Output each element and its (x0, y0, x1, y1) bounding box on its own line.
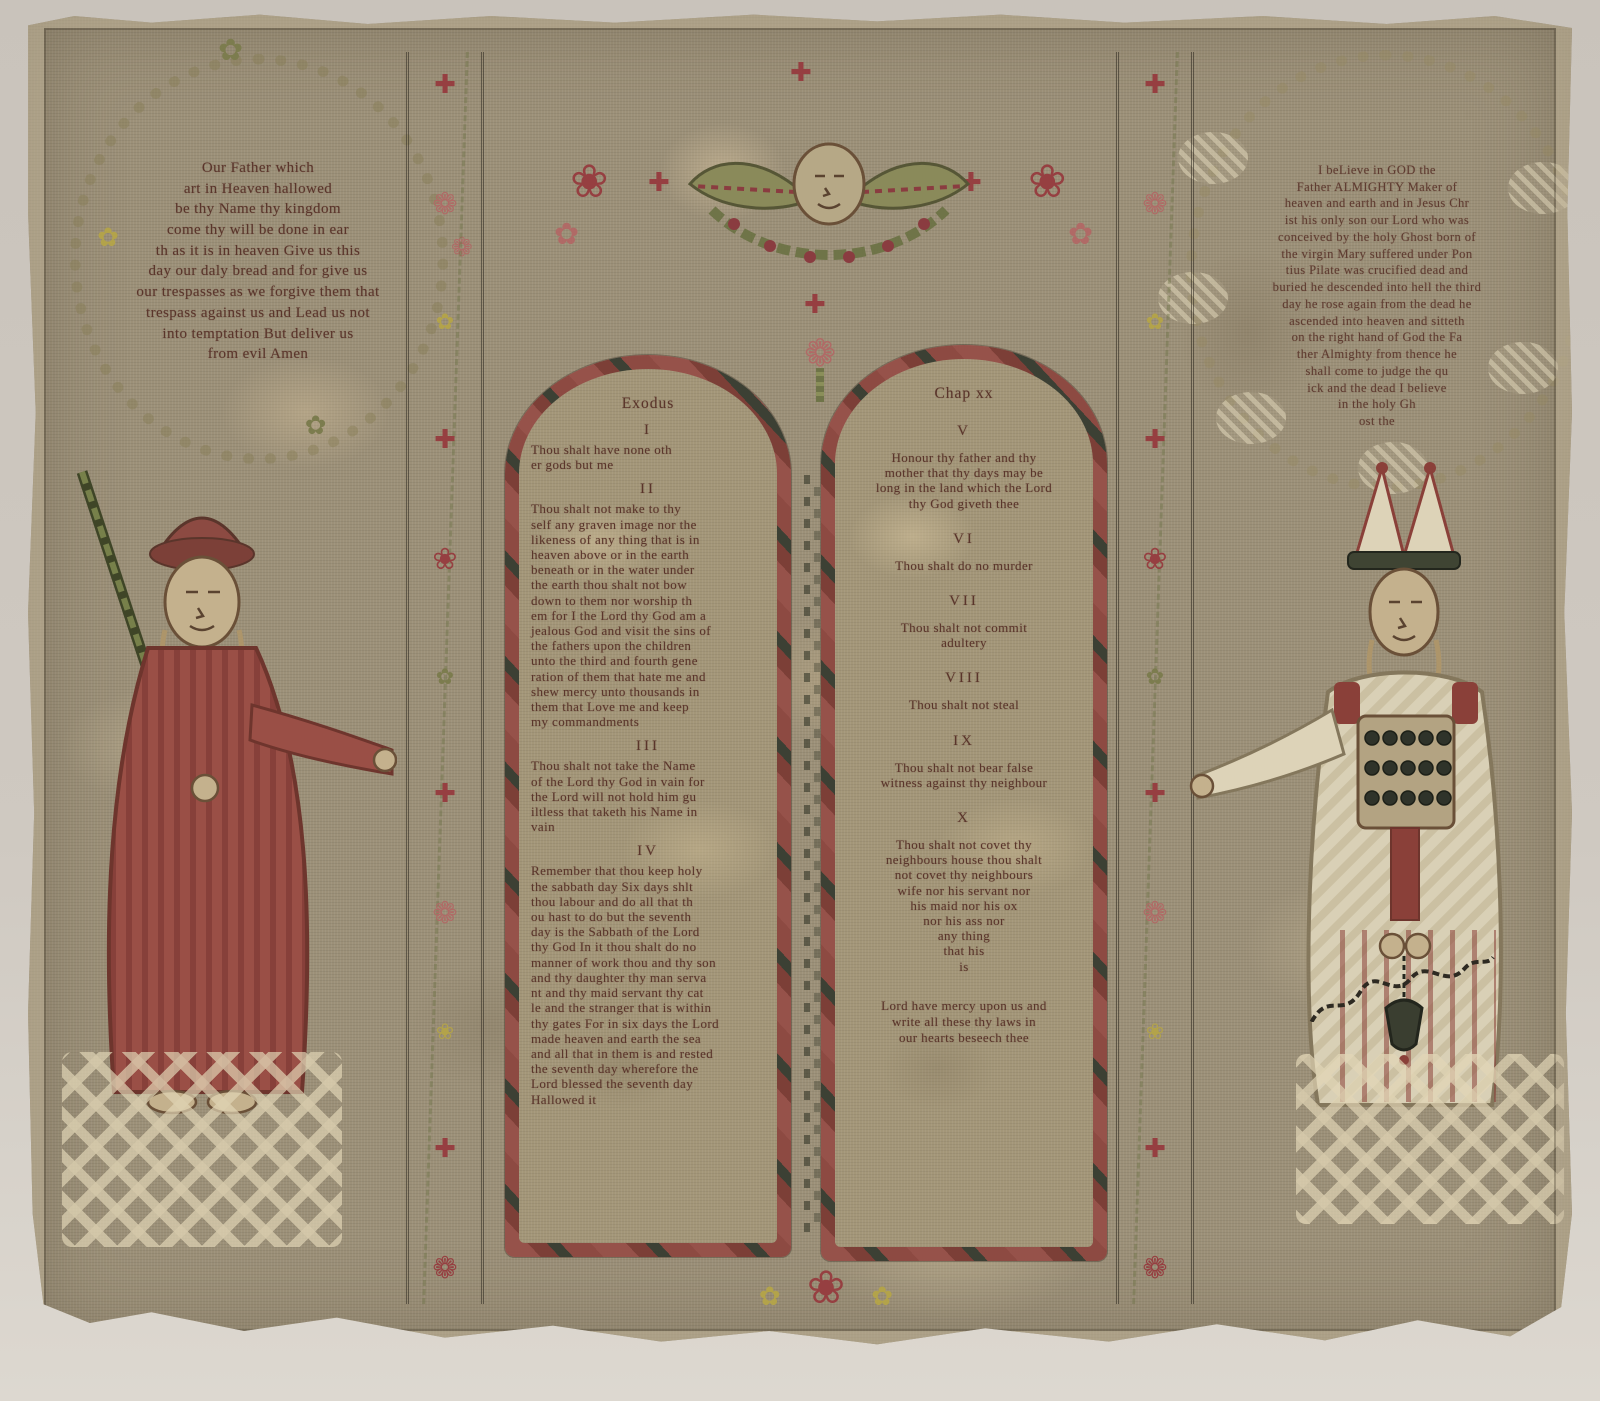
tudor-rose-icon: ❀ (1028, 158, 1067, 204)
carnation-icon: ❁ (1142, 1254, 1167, 1284)
lords-prayer-text: Our Father which art in Heaven hallowed … (102, 158, 414, 365)
commandment-numeral: VII (847, 593, 1081, 610)
commandment-text: Thou shalt have none oth er gods but me (531, 442, 765, 472)
tulip-icon: ✿ (871, 1284, 893, 1310)
commandment-text: Honour thy father and thy mother that th… (847, 450, 1081, 511)
cross-icon: ✚ (434, 1136, 456, 1162)
cross-icon: ✚ (1144, 1136, 1166, 1162)
cross-icon: ✚ (434, 72, 456, 98)
commandment-numeral: X (847, 810, 1081, 827)
commandment-section: IX Thou shalt not bear false witness aga… (847, 733, 1081, 790)
commandment-section: VIII Thou shalt not steal (847, 670, 1081, 712)
commandment-numeral: II (531, 481, 765, 498)
winged-cherub-icon (684, 112, 974, 292)
commandment-numeral: VIII (847, 670, 1081, 687)
tulip-icon: ✿ (759, 1284, 781, 1310)
tablet-header: Chap xx (847, 385, 1081, 403)
metallic-lattice-ground (62, 1052, 342, 1247)
carnation-icon: ❁ (432, 899, 457, 929)
center-stem-motif (804, 462, 810, 1232)
bottom-flower-band: ✿ ❀ ✿ (676, 1264, 976, 1310)
commandment-text: Thou shalt not make to thy self any grav… (531, 501, 765, 729)
commandment-section: I Thou shalt have none oth er gods but m… (531, 422, 765, 472)
tudor-rose-icon: ✿ (1068, 220, 1093, 250)
commandment-section: IV Remember that thou keep holy the sabb… (531, 843, 765, 1106)
leaf-sprig-icon: ✿ (218, 33, 243, 68)
carnation-icon: ❀ (432, 545, 457, 575)
tulip-icon: ✿ (436, 312, 454, 334)
commandment-numeral: VI (847, 531, 1081, 548)
commandment-numeral: I (531, 422, 765, 439)
carnation-icon: ❁ (804, 331, 836, 375)
cross-icon: ✚ (434, 427, 456, 453)
right-tablet-text-area: Chap xx V Honour thy father and thy moth… (835, 359, 1093, 1247)
commandment-numeral: V (847, 423, 1081, 440)
left-commandment-tablet: Exodus I Thou shalt have none oth er god… (505, 355, 791, 1257)
tablet-header: Exodus (531, 395, 765, 413)
commandment-section: V Honour thy father and thy mother that … (847, 423, 1081, 511)
tudor-rose-icon: ❀ (570, 158, 609, 204)
tulip-icon: ❀ (436, 1022, 454, 1044)
cross-icon: ✚ (790, 60, 812, 86)
commandment-text: Remember that thou keep holy the sabbath… (531, 863, 765, 1106)
stitched-signature-motif (1294, 922, 1504, 1022)
left-floral-border-column: ✚ ❁ ✿ ✚ ❀ ✿ ✚ ❁ ❀ ✚ ❁ (406, 52, 484, 1304)
commandment-text: Thou shalt not bear false witness agains… (847, 760, 1081, 790)
commandment-text: Thou shalt not covet thy neighbours hous… (847, 837, 1081, 974)
tudor-rose-icon: ❀ (807, 1264, 846, 1310)
sampler-textile: ✿ ✿ ❁ ✿ Our Father which art in Heaven h… (28, 12, 1572, 1347)
cross-icon: ✚ (804, 292, 826, 318)
tulip-icon: ✿ (1146, 312, 1164, 334)
left-tablet-text-area: Exodus I Thou shalt have none oth er god… (519, 369, 777, 1243)
commandment-numeral: III (531, 738, 765, 755)
closing-prayer-text: Lord have mercy upon us and write all th… (847, 998, 1081, 1047)
carnation-icon: ❁ (432, 1254, 457, 1284)
commandment-section: VII Thou shalt not commit adultery (847, 593, 1081, 650)
commandment-numeral: IX (847, 733, 1081, 750)
carnation-icon: ❁ (432, 190, 457, 220)
commandment-numeral: IV (531, 843, 765, 860)
top-garland: ✚ ✚ ✚ ✚ ❀ ✿ ❀ ✿ (508, 52, 1148, 342)
commandment-text: Thou shalt do no murder (847, 558, 1081, 573)
leaf-sprig-icon: ✿ (305, 411, 327, 441)
leaf-icon: ✿ (1146, 667, 1164, 689)
center-stem-motif (814, 482, 820, 1222)
photograph-mount: ✿ ✿ ❁ ✿ Our Father which art in Heaven h… (0, 0, 1600, 1401)
carnation-between-tablets: ❁ (780, 334, 860, 402)
commandment-section: X Thou shalt not covet thy neighbours ho… (847, 810, 1081, 974)
commandment-text: Thou shalt not take the Name of the Lord… (531, 758, 765, 834)
commandment-section: III Thou shalt not take the Name of the … (531, 738, 765, 834)
moses-figure-icon (52, 450, 397, 1130)
right-commandment-tablet: Chap xx V Honour thy father and thy moth… (821, 345, 1107, 1261)
cross-icon: ✚ (1144, 427, 1166, 453)
commandment-section: VI Thou shalt do no murder (847, 531, 1081, 573)
carnation-icon: ❁ (1142, 899, 1167, 929)
cross-icon: ✚ (648, 170, 670, 196)
leaf-icon: ✿ (436, 667, 454, 689)
cross-icon: ✚ (434, 781, 456, 807)
commandment-text: Thou shalt not steal (847, 697, 1081, 712)
apostles-creed-text: I beLieve in GOD the Father ALMIGHTY Mak… (1206, 162, 1548, 430)
commandment-text: Thou shalt not commit adultery (847, 620, 1081, 650)
tudor-rose-icon: ✿ (554, 220, 579, 250)
cross-icon: ✚ (1144, 781, 1166, 807)
commandment-section: II Thou shalt not make to thy self any g… (531, 481, 765, 729)
tulip-icon: ❀ (1146, 1022, 1164, 1044)
metallic-lattice-ground (1296, 1054, 1564, 1224)
carnation-icon: ❀ (1142, 545, 1167, 575)
